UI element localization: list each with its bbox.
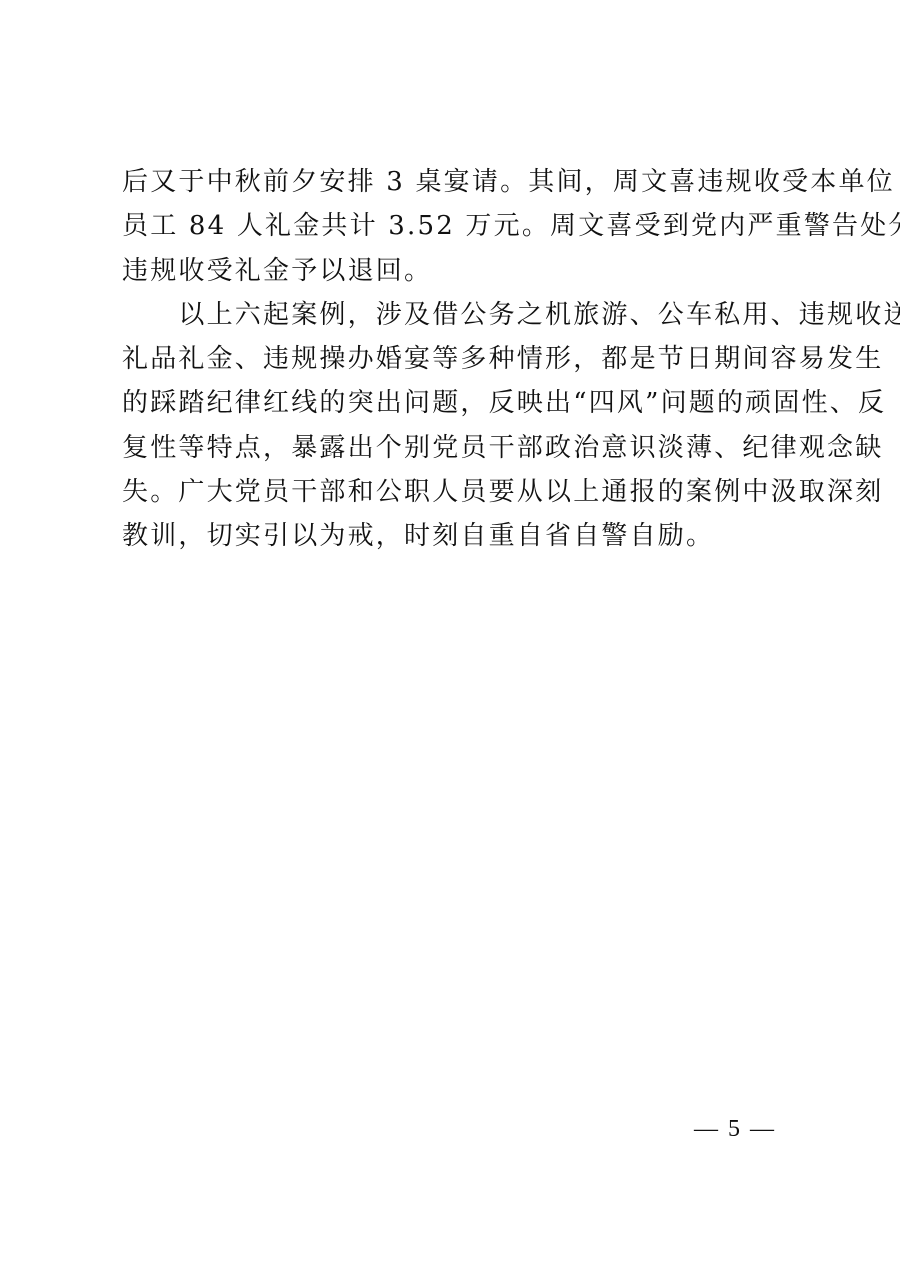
- text-line: 违规收受礼金予以退回。: [122, 249, 782, 293]
- text-line: 复性等特点，暴露出个别党员干部政治意识淡薄、纪律观念缺: [122, 426, 782, 470]
- text-line: 礼品礼金、违规操办婚宴等多种情形，都是节日期间容易发生: [122, 337, 782, 381]
- document-page: 后又于中秋前夕安排 3 桌宴请。其间，周文喜违规收受本单位 员工 84 人礼金共…: [0, 0, 900, 1272]
- paragraph-summary: 以上六起案例，涉及借公务之机旅游、公车私用、违规收送 礼品礼金、违规操办婚宴等多…: [122, 293, 782, 559]
- text-line: 以上六起案例，涉及借公务之机旅游、公车私用、违规收送: [122, 293, 782, 337]
- text-line: 的踩踏纪律红线的突出问题，反映出“四风”问题的顽固性、反: [122, 381, 782, 425]
- text-line: 教训，切实引以为戒，时刻自重自省自警自励。: [122, 514, 782, 558]
- page-number: — 5 —: [694, 1114, 776, 1144]
- text-line: 员工 84 人礼金共计 3.52 万元。周文喜受到党内严重警告处分，: [122, 204, 782, 248]
- document-body: 后又于中秋前夕安排 3 桌宴请。其间，周文喜违规收受本单位 员工 84 人礼金共…: [122, 160, 782, 559]
- text-line: 后又于中秋前夕安排 3 桌宴请。其间，周文喜违规收受本单位: [122, 160, 782, 204]
- paragraph-case-conclusion: 后又于中秋前夕安排 3 桌宴请。其间，周文喜违规收受本单位 员工 84 人礼金共…: [122, 160, 782, 293]
- text-line: 失。广大党员干部和公职人员要从以上通报的案例中汲取深刻: [122, 470, 782, 514]
